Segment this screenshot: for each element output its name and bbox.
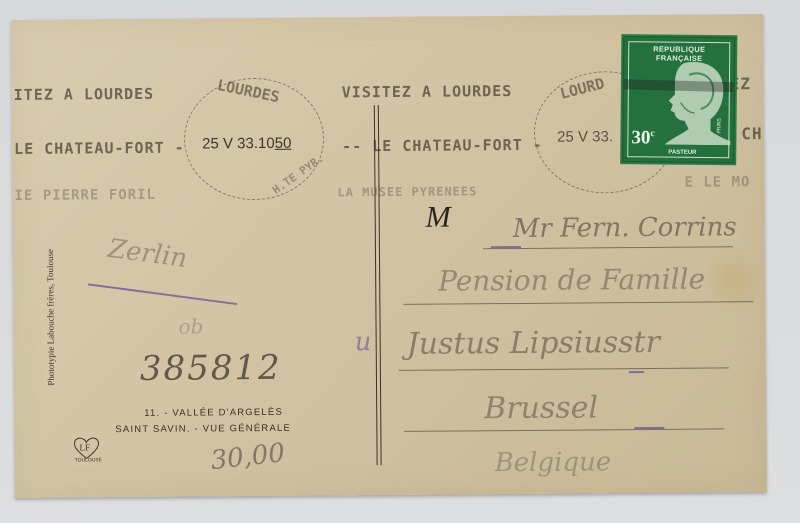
address-line-2 [403,301,753,305]
slogan-right-line2: -- LE CHATEAU-FORT - [342,136,543,156]
stamp-value-number: 30 [631,127,650,148]
slogan-right-line3: LA MUSEE PYRENEES [337,184,477,199]
svg-text:LF: LF [79,442,90,452]
svg-text:PRINS: PRINS [716,118,722,133]
pencil-note-name: Zerlin [106,234,189,274]
slogan-left-line1: ITEZ A LOURDES [14,85,155,104]
caption-line2: SAINT SAVIN. - VUE GÉNÉRALE [115,423,291,435]
address-line-4 [404,428,724,432]
hour: 10 [258,135,275,152]
postcard-back: ITEZ A LOURDES LE CHATEAU-FORT - IE PIER… [11,14,767,498]
cancel-date-right: 25 V 33. [557,128,613,145]
cancel-date-left: 25 V 33.1050 [202,135,291,153]
purple-mark: u [355,327,372,357]
address-street-2: Justus Lipsiusstr [407,325,661,362]
postage-stamp: REPUBLIQUE FRANÇAISE PRINS 30c PASTEUR [622,36,735,163]
address-street-1: Pension de Famille [438,263,705,298]
inventory-number: 385812 [140,348,282,389]
age-stain [703,244,764,314]
minute: 50 [275,135,292,152]
address-salutation: M [426,201,451,235]
stamp-frame: REPUBLIQUE FRANÇAISE PRINS 30c PASTEUR [627,41,730,158]
slogan-left-line2: LE CHATEAU-FORT - [14,139,185,158]
stamp-subject: PASTEUR [668,150,696,156]
address-line-3 [399,367,729,371]
caption-line1: 11. - VALLÉE D'ARGELÈS [144,407,283,419]
purple-underline [88,283,237,305]
pencil-note-mid: ob [178,314,203,338]
slogan-right-line1: VISITEZ A LOURDES [342,82,513,101]
publisher-credit: Phototypie Labouche frères, Toulouse [45,249,56,386]
logo-sub: TOULOUSE [75,457,102,463]
pasteur-portrait-icon: PRINS [644,54,731,145]
stamp-currency: c [650,128,655,139]
address-purple-mark-1 [491,246,521,248]
address-country: Belgique [495,447,612,478]
address-name: Mr Fern. Corrins [513,212,737,244]
slogan-left-line3: IE PIERRE FORIL [14,187,156,204]
address-city: Brussel [484,390,598,426]
address-purple-mark-2 [629,371,644,373]
stamp-value: 30c [631,127,655,149]
price-note: 30,00 [209,438,286,476]
slogan-farright-line3: E LE MO [684,174,750,191]
date: 25 V 33. [202,135,258,152]
center-divider [374,105,382,465]
lf-logo-icon: LF [73,437,99,459]
address-purple-mark-3 [634,427,664,429]
